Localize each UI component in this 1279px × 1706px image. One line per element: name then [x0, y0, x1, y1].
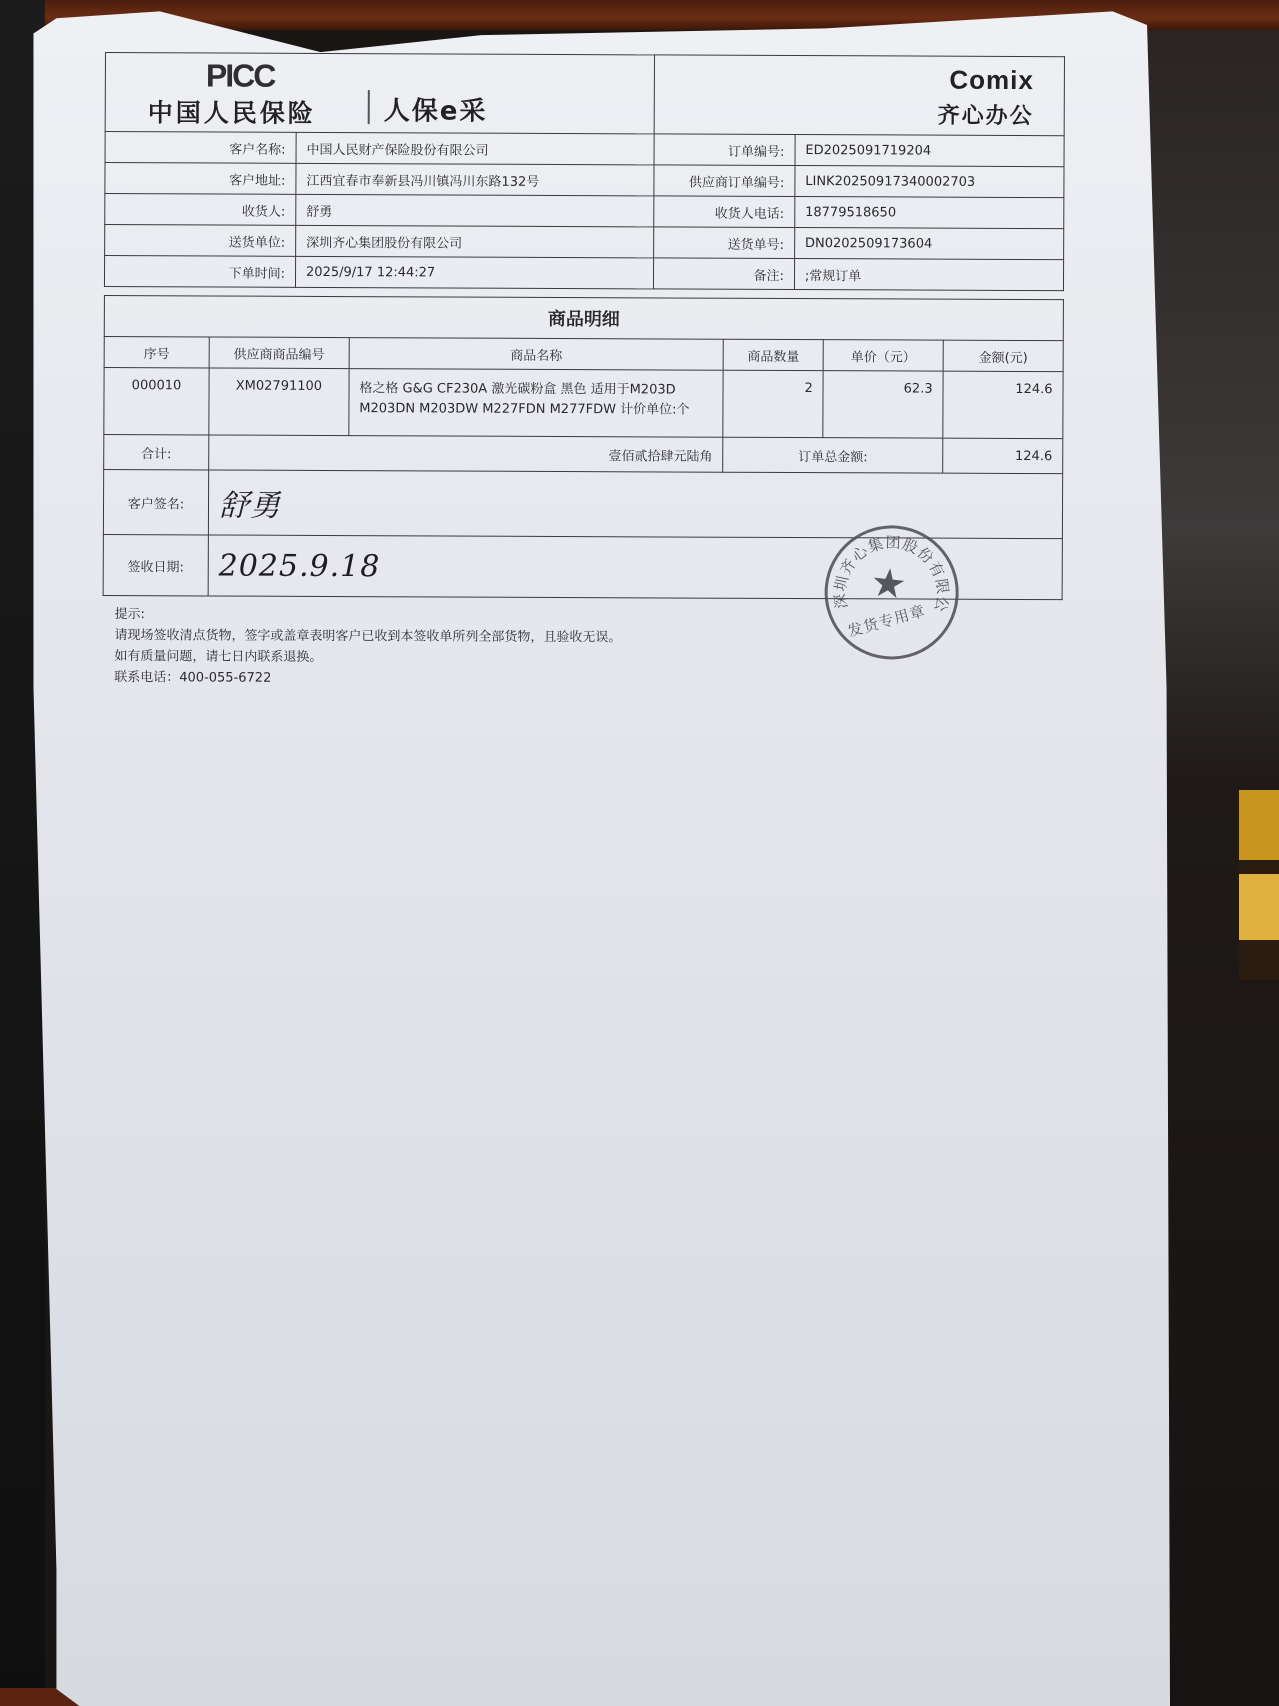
comix-mark: Comix	[949, 65, 1034, 96]
platform-name: 人保e采	[384, 90, 488, 127]
signature-field: 舒勇	[208, 470, 1062, 539]
order-info-table: PICC 中国人民保险 人保e采 Comix 齐心办公 客户名称: 中国人民财产…	[104, 52, 1065, 291]
picc-mark: PICC	[206, 57, 275, 94]
signature-label: 客户签名:	[103, 469, 208, 534]
recipient-phone-value: 18779518650	[795, 197, 1064, 229]
order-number-value: ED2025091719204	[795, 135, 1064, 167]
info-row: 下单时间: 2025/9/17 12:44:27 备注: ;常规订单	[104, 256, 1063, 291]
total-row: 合计: 壹佰贰拾肆元陆角 订单总金额: 124.6	[104, 434, 1063, 473]
item-sku: XM02791100	[209, 368, 349, 436]
customer-name-value: 中国人民财产保险股份有限公司	[296, 132, 654, 165]
star-icon: ★	[868, 562, 908, 606]
table-row: 000010 XM02791100 格之格 G&G CF230A 激光碳粉盒 黑…	[104, 367, 1063, 438]
column-header-unit-price: 单价（元）	[823, 340, 943, 372]
comix-logo: Comix 齐心办公	[654, 55, 1065, 136]
background-poster	[1239, 790, 1279, 980]
total-in-words: 壹佰贰拾肆元陆角	[209, 435, 724, 472]
order-time-label: 下单时间:	[104, 256, 295, 288]
column-header-amount: 金额(元)	[943, 340, 1063, 372]
order-time-value: 2025/9/17 12:44:27	[295, 256, 653, 289]
goods-table-header: 序号 供应商商品编号 商品名称 商品数量 单价（元） 金额(元)	[104, 336, 1063, 371]
goods-table-title: 商品明细	[104, 295, 1063, 340]
signature-row: 客户签名: 舒勇	[103, 469, 1062, 538]
order-total-label: 订单总金额:	[723, 437, 943, 473]
info-row: 送货单位: 深圳齐心集团股份有限公司 送货单号: DN0202509173604	[105, 225, 1064, 260]
column-header-seq: 序号	[104, 336, 209, 367]
handwritten-date: 2025.9.18	[219, 548, 381, 584]
order-number-label: 订单编号:	[654, 134, 795, 166]
delivery-number-value: DN0202509173604	[794, 228, 1063, 260]
handwritten-signature: 舒勇	[219, 489, 281, 524]
info-row: 客户地址: 江西宜春市奉新县冯川镇冯川东路132号 供应商订单编号: LINK2…	[105, 163, 1064, 198]
customer-address-value: 江西宜春市奉新县冯川镇冯川东路132号	[296, 163, 654, 196]
delivery-company-value: 深圳齐心集团股份有限公司	[296, 225, 654, 258]
item-seq: 000010	[104, 367, 209, 434]
delivery-number-label: 送货单号:	[653, 227, 794, 259]
info-row: 收货人: 舒勇 收货人电话: 18779518650	[105, 194, 1064, 229]
customer-address-label: 客户地址:	[105, 163, 296, 195]
column-header-qty: 商品数量	[723, 339, 823, 370]
sign-date-label: 签收日期:	[103, 534, 208, 595]
column-header-sku: 供应商商品编号	[209, 337, 349, 369]
item-name: 格之格 G&G CF230A 激光碳粉盒 黑色 适用于M203D M203DN …	[349, 369, 724, 438]
delivery-company-label: 送货单位:	[105, 225, 296, 257]
order-total-value: 124.6	[943, 438, 1063, 474]
total-label: 合计:	[104, 434, 209, 469]
recipient-label: 收货人:	[105, 194, 296, 226]
supplier-order-number-value: LINK20250917340002703	[795, 166, 1064, 198]
picc-logo: PICC 中国人民保险 人保e采	[105, 53, 654, 134]
remark-label: 备注:	[653, 258, 794, 290]
delivery-receipt: PICC 中国人民保险 人保e采 Comix 齐心办公 客户名称: 中国人民财产…	[102, 52, 1065, 692]
contact-phone: 联系电话：400-055-6722	[114, 667, 1062, 692]
remark-value: ;常规订单	[794, 259, 1063, 291]
recipient-value: 舒勇	[296, 194, 654, 227]
recipient-phone-label: 收货人电话:	[654, 196, 795, 228]
picc-name: 中国人民保险	[148, 93, 316, 130]
item-qty: 2	[723, 370, 823, 437]
logo-divider	[368, 90, 370, 124]
company-seal: 深圳齐心集团股份有限公司 ★ 发货专用章	[818, 519, 966, 667]
supplier-order-number-label: 供应商订单编号:	[654, 165, 795, 197]
item-amount: 124.6	[943, 371, 1063, 439]
item-unit-price: 62.3	[823, 371, 943, 439]
info-row: 客户名称: 中国人民财产保险股份有限公司 订单编号: ED20250917192…	[105, 132, 1064, 167]
customer-name-label: 客户名称:	[105, 132, 296, 164]
column-header-name: 商品名称	[349, 338, 724, 371]
comix-name: 齐心办公	[938, 99, 1034, 130]
